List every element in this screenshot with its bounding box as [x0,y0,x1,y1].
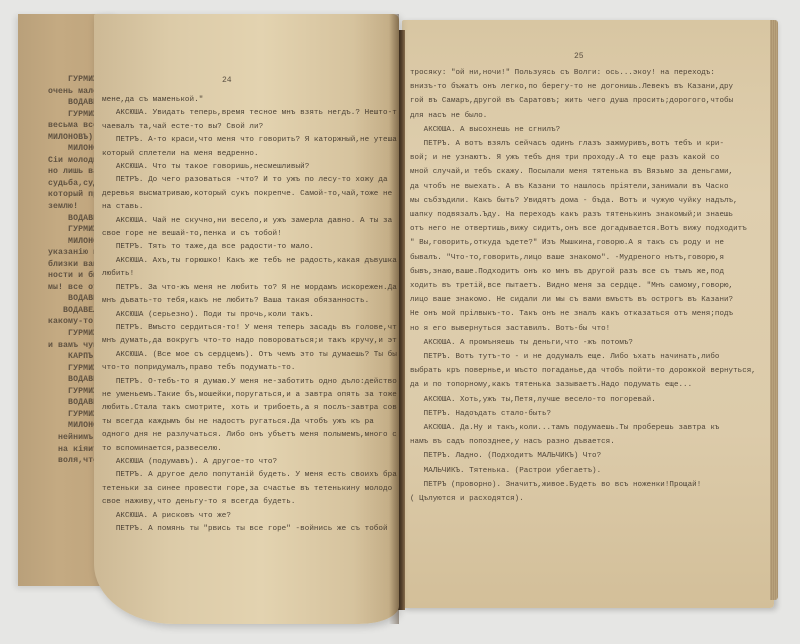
typed-line: шапку подвязалъ.Ъду. На переходъ какъ ра… [410,208,770,222]
typed-line: ПЕТРЪ. Вотъ тутъ-то - и не додумалъ еще.… [410,350,770,364]
right-page-text: тросяку: "ой ни,ночи!" Пользуясь съ Волг… [410,66,770,506]
typed-line: Не онъ мой прілвыкъ-то. Такъ онъ не знал… [410,307,770,321]
typed-line: АКСЮША. Да.Ну и такъ,коли...тамъ подумае… [410,421,770,435]
typed-line: тетеньки за синее провести горе,за счаст… [102,483,397,496]
photo-scene: ГУРМИЖСКАочень мало. ВОДАВЕЛЬ. ГУРМИЖСКв… [0,0,800,644]
typed-line: АКСЮША. (Все мое съ сердцемъ). Отъ чемъ … [102,349,397,362]
typed-line: намъ въ садъ попозднее,у насъ разно дъва… [410,435,770,449]
left-page-number: 24 [222,76,232,85]
typed-line: мене,да съ маменькой." [102,94,397,107]
typed-line: на ставь. [102,201,397,214]
typed-line: " Вы,говорить,откуда ъдете?" Изъ Мышкина… [410,236,770,250]
typed-line: ПЕТРЪ. Ладно. (Подходитъ МАЛЬЧИКЪ) Что? [410,449,770,463]
typed-line: бывалъ. "Что-то,говорить,лицо ваше знако… [410,251,770,265]
typed-line: ПЕТРЪ. Тять то таже,да все радости-то ма… [102,241,397,254]
typed-line: то вспоминается,развеселю. [102,443,397,456]
typed-line: ПЕТРЪ. А помянь ты "рвись ты все горе" -… [102,523,397,536]
typed-line: для насъ не было. [410,109,770,123]
typed-line: АКСЮША. Ахъ,ты горюшко! Какъ же тебъ не … [102,255,397,268]
typed-line: мнъ дъвать-то тебя,какъ не любить? Ваша … [102,295,397,308]
typed-line: лицо ваше знакомо. Не сидали ли мы съ ва… [410,293,770,307]
typed-line: что-то попридумалъ,право тебъ подумать-т… [102,362,397,375]
typed-line: ПЕТРЪ. А вотъ взялъ сейчасъ одинъ глазъ … [410,137,770,151]
typed-line: мы събзъдили. Какъ быть? Увидятъ дома - … [410,194,770,208]
typed-line: АКСЮША. А высохнешь не сгнилъ? [410,123,770,137]
typed-line: АКСЮША. Увидать теперь,время тесное мнъ … [102,107,397,120]
typed-line: не уменьемъ.Такие бъ,мошейки,поругаться,… [102,389,397,402]
typed-line: мнъ думать,да вокругъ что-то надо поворо… [102,335,397,348]
typed-line: ты всегда каждымъ бы не надостъ ругаться… [102,416,397,429]
typed-line: который сплетели на меня ведренно. [102,148,397,161]
typed-line: мной случай,и тебъ скажу. Посылали меня … [410,165,770,179]
typed-line: ПЕТРЪ. Вмъсто сердиться-то! У меня тепер… [102,322,397,335]
typed-line: ПЕТРЪ. А-то краси,что меня что говорить?… [102,134,397,147]
typed-line: гой въ Самаръ,другой въ Саратовъ; жить ч… [410,94,770,108]
typed-line: любить! [102,268,397,281]
typed-line: свое горе не вешай-то,пенка и съ тобой! [102,228,397,241]
typed-line: АКСЮША. Хоть,ужъ ты,Петя,лучше весело-то… [410,393,770,407]
typed-line: ПЕТРЪ. За что-жъ меня не любить то? Я не… [102,282,397,295]
left-page: 24 мене,да съ маменькой." АКСЮША. Увидат… [94,14,399,624]
typed-line: свое наживу,что деньгу-то я всегда будет… [102,496,397,509]
typed-line: ПЕТРЪ. Надоъдать стало-быть? [410,407,770,421]
typed-line: АКСЮША. А промъняешь ты деньги,что -жъ п… [410,336,770,350]
typed-line: да и по топорному,какъ тятенька зазывает… [410,378,770,392]
typed-line: чаевалъ та,чай есте-то вы? Свой ли? [102,121,397,134]
typed-line: ПЕТРЪ. О-тебъ-то я думаю.У меня не-забот… [102,376,397,389]
typed-line: любить.Стала такъ смотрите, хоть и трибо… [102,402,397,415]
right-page: 25 тросяку: "ой ни,ночи!" Пользуясь съ В… [402,20,774,608]
typed-line: бывъ,знаю,ваше.Подходитъ онъ ко мнъ въ д… [410,265,770,279]
typed-line: АКСЮША. А рисковъ что же? [102,510,397,523]
typed-line: АКСЮША. Что ты такое говоришь,несмешливы… [102,161,397,174]
typed-line: ПЕТРЪ. До чего разоваться -что? И то ужъ… [102,174,397,187]
typed-line: АКСЮША. Чай не скучно,ни весело,и ужъ за… [102,215,397,228]
typed-line: вой; и не узнаютъ. Я ужъ тебъ дня три пр… [410,151,770,165]
typed-line: АКСЮША (подумавъ). А другое-то что? [102,456,397,469]
typed-line: да чтобъ не выехать. А въ Казани то нашл… [410,180,770,194]
typed-line: ( Цълуются и расходятся). [410,492,770,506]
left-page-text: мене,да съ маменькой." АКСЮША. Увидать т… [102,94,397,536]
right-page-number: 25 [574,52,584,61]
typed-line: одного дня не разлучаться. Либо онъ убъе… [102,429,397,442]
typed-line: МАЛЬЧИКЪ. Тятенька. (Растрои убегаетъ). [410,464,770,478]
typed-line: отъ него не отвертишь,вижу сидитъ,онъ вс… [410,222,770,236]
typed-line: ПЕТРЪ (проворно). Значитъ,живое.Будеть в… [410,478,770,492]
typed-line: внизъ-то бъжатъ онъ легко,по берегу-то н… [410,80,770,94]
typed-line: АКСЮША (серьезно). Поди ты прочь,коли та… [102,309,397,322]
typed-line: ходить въ третій,все пытаетъ. Видно меня… [410,279,770,293]
typed-line: тросяку: "ой ни,ночи!" Пользуясь съ Волг… [410,66,770,80]
page-stack-edge [770,20,778,600]
typed-line: но я его вывернуться заставилъ. Вотъ-бы … [410,322,770,336]
typed-line: ПЕТРЪ. А другое дело попутаній будеть. У… [102,469,397,482]
typed-line: выбрать кръ повернье,и мъсто погаданье,д… [410,364,770,378]
typed-line: деревья высматриваю,который сукъ покрепч… [102,188,397,201]
